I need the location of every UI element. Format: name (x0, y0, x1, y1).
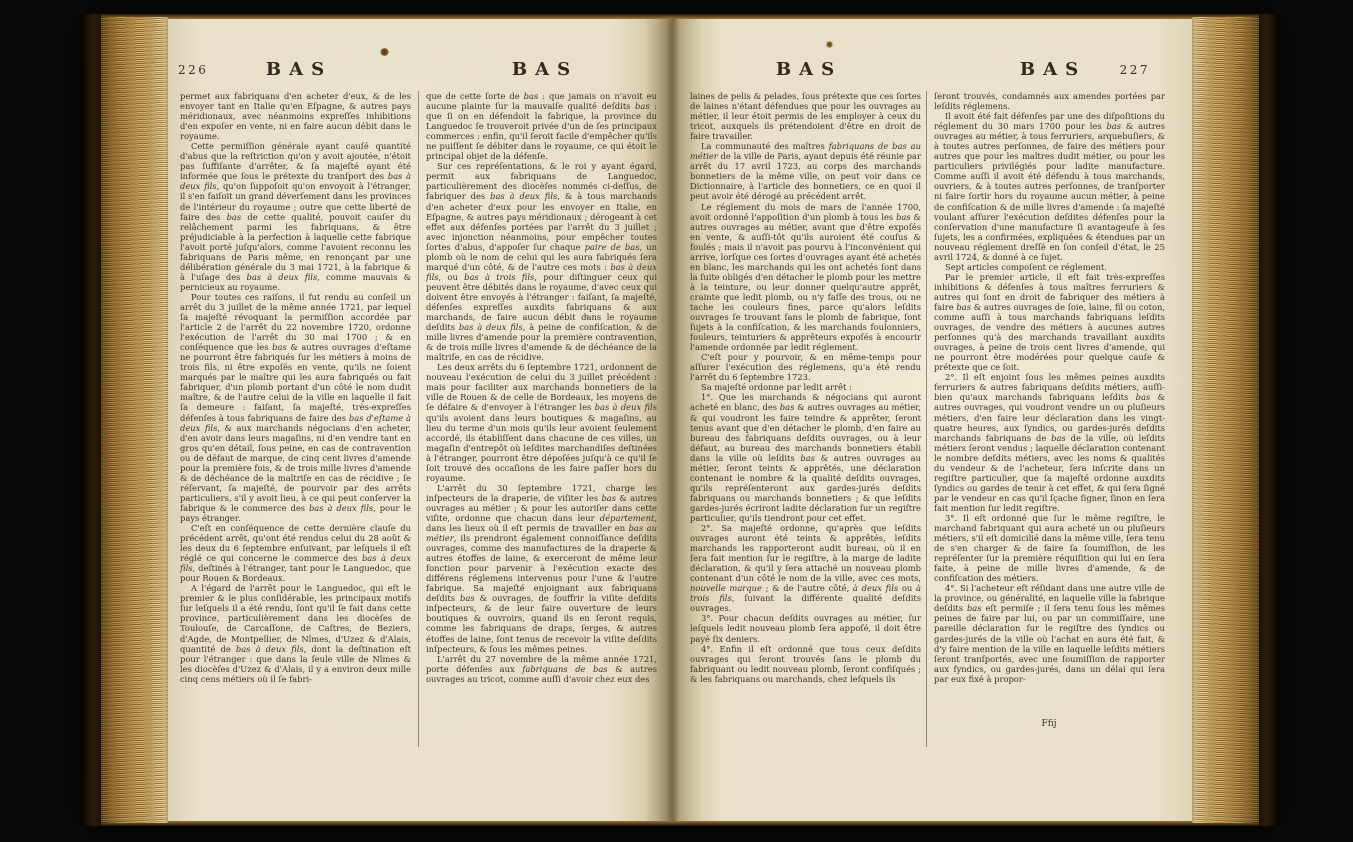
paragraph: 4°. Enfin il eſt ordonné que tous ceux d… (690, 644, 921, 684)
paragraph: Il avoit été fait défenſes par une des d… (934, 111, 1165, 262)
left-page-running-title-2: BAS (426, 59, 656, 80)
open-book: 226 BAS BAS permet aux fabriquans d'en a… (84, 14, 1276, 826)
paragraph: 4°. Si l'acheteur eſt réſidant dans une … (934, 583, 1165, 683)
right-page: 227 BAS BAS laines de pelis & pelades, ſ… (672, 19, 1192, 821)
paragraph: 1°. Que les marchands & négocians qui au… (690, 392, 921, 523)
paragraph: que de cette ſorte de bas : que jamais o… (426, 91, 657, 161)
left-page-column-2: que de cette ſorte de bas : que jamais o… (426, 91, 657, 753)
right-page-column-1: laines de pelis & pelades, ſous prétexte… (690, 91, 921, 753)
paragraph: 2°. Sa majeſté ordonne, qu'après que leſ… (690, 523, 921, 613)
right-page-running-title-2: BAS (934, 59, 1164, 80)
paragraph: laines de pelis & pelades, ſous prétexte… (690, 91, 921, 141)
column-rule (418, 91, 419, 747)
right-page-column-2: ſeront trouvés, condamnés aux amendes po… (934, 91, 1165, 753)
paragraph: L'arrêt du 27 novembre de la même année … (426, 654, 657, 684)
paragraph: Par le premier article, il eſt fait très… (934, 272, 1165, 372)
book-left-cover (84, 14, 101, 826)
paragraph: Les deux arrêts du 6 ſeptembre 1721, ord… (426, 362, 657, 483)
left-page-running-title-1: BAS (180, 59, 410, 80)
paragraph: 3°. Il eſt ordonné que ſur le même regiſ… (934, 513, 1165, 583)
right-fore-edge (1192, 17, 1259, 823)
column-rule (926, 91, 927, 747)
left-page: 226 BAS BAS permet aux fabriquans d'en a… (168, 19, 672, 821)
paragraph: La communauté des maîtres fabriquans de … (690, 141, 921, 201)
paragraph: Sa majeſté ordonne par ledit arrêt : (690, 382, 921, 392)
paragraph: Sept articles compoſent ce réglement. (934, 262, 1165, 272)
paragraph: Le réglement du mois de mars de l'année … (690, 202, 921, 353)
paragraph: L'arrêt du 30 ſeptembre 1721, charge les… (426, 483, 657, 654)
paragraph: 2°. Il eſt enjoint ſous les mêmes peines… (934, 372, 1165, 513)
left-page-column-1: permet aux fabriquans d'en acheter d'eux… (180, 91, 411, 753)
right-page-running-title-1: BAS (690, 59, 920, 80)
paragraph: Sur ces repréſentations, & le roi y ayan… (426, 161, 657, 362)
book-right-cover (1259, 14, 1276, 826)
paragraph: A l'égard de l'arrêt pour le Languedoc, … (180, 583, 411, 683)
paragraph: ſeront trouvés, condamnés aux amendes po… (934, 91, 1165, 111)
paragraph: C'eſt en conſéquence de cette dernière c… (180, 523, 411, 583)
printer-signature-mark: Ffij (934, 719, 1164, 729)
paragraph: Cette permiſſion générale ayant cauſé qu… (180, 141, 411, 292)
paragraph: permet aux fabriquans d'en acheter d'eux… (180, 91, 411, 141)
paragraph: C'eſt pour y pourvoir, & en même-temps p… (690, 352, 921, 382)
left-fore-edge (101, 17, 168, 823)
paragraph: 3°. Pour chacun deſdits ouvrages au méti… (690, 613, 921, 643)
book-scan-photo: 226 BAS BAS permet aux fabriquans d'en a… (0, 0, 1353, 842)
paragraph: Pour toutes ces raiſons, il fut rendu au… (180, 292, 411, 523)
